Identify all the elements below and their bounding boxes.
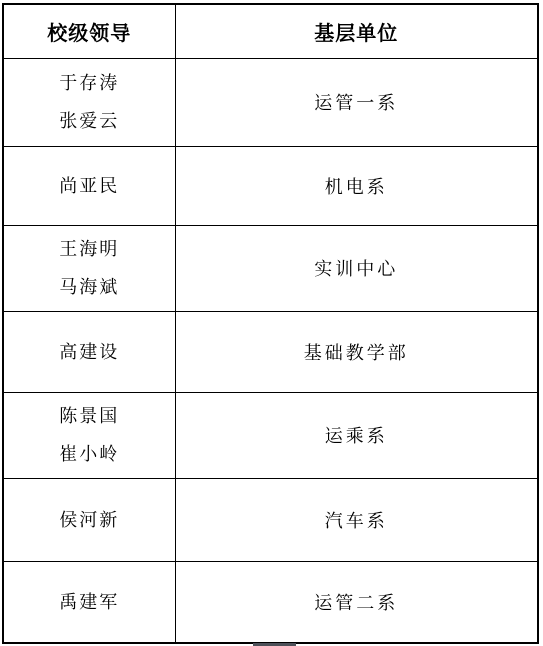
leader-cell: 侯河新: [3, 478, 175, 561]
table-row: 尚亚民 机电系: [3, 146, 538, 225]
leader-cell: 高建设: [3, 311, 175, 392]
leader-name: 于存涛: [4, 73, 175, 93]
table-row: 陈景国 崔小岭 运乘系: [3, 392, 538, 478]
table-header-row: 校级领导 基层单位: [3, 4, 538, 58]
unit-cell: 实训中心: [175, 225, 538, 311]
unit-cell: 机电系: [175, 146, 538, 225]
unit-cell: 运管二系: [175, 561, 538, 643]
table-row: 于存涛 张爱云 运管一系: [3, 58, 538, 146]
table-row: 侯河新 汽车系: [3, 478, 538, 561]
leader-name: 王海明: [4, 239, 175, 259]
leader-name: 陈景国: [4, 406, 175, 426]
header-leaders: 校级领导: [3, 4, 175, 58]
unit-cell: 汽车系: [175, 478, 538, 561]
table-row: 王海明 马海斌 实训中心: [3, 225, 538, 311]
leader-name: 崔小岭: [4, 444, 175, 464]
table-row: 禹建军 运管二系: [3, 561, 538, 643]
leader-cell: 禹建军: [3, 561, 175, 643]
leader-cell: 于存涛 张爱云: [3, 58, 175, 146]
unit-cell: 运管一系: [175, 58, 538, 146]
table-row: 高建设 基础教学部: [3, 311, 538, 392]
leader-name: 张爱云: [4, 111, 175, 131]
leader-name: 侯河新: [4, 510, 175, 530]
leader-name: 马海斌: [4, 277, 175, 297]
leaders-units-table: 校级领导 基层单位 于存涛 张爱云 运管一系 尚亚民 机电系 王海明 马海斌 实…: [2, 3, 539, 644]
unit-cell: 运乘系: [175, 392, 538, 478]
leader-cell: 王海明 马海斌: [3, 225, 175, 311]
leader-name: 尚亚民: [4, 176, 175, 196]
leader-cell: 陈景国 崔小岭: [3, 392, 175, 478]
unit-cell: 基础教学部: [175, 311, 538, 392]
leader-cell: 尚亚民: [3, 146, 175, 225]
leader-name: 禹建军: [4, 592, 175, 612]
header-units: 基层单位: [175, 4, 538, 58]
leader-name: 高建设: [4, 342, 175, 362]
